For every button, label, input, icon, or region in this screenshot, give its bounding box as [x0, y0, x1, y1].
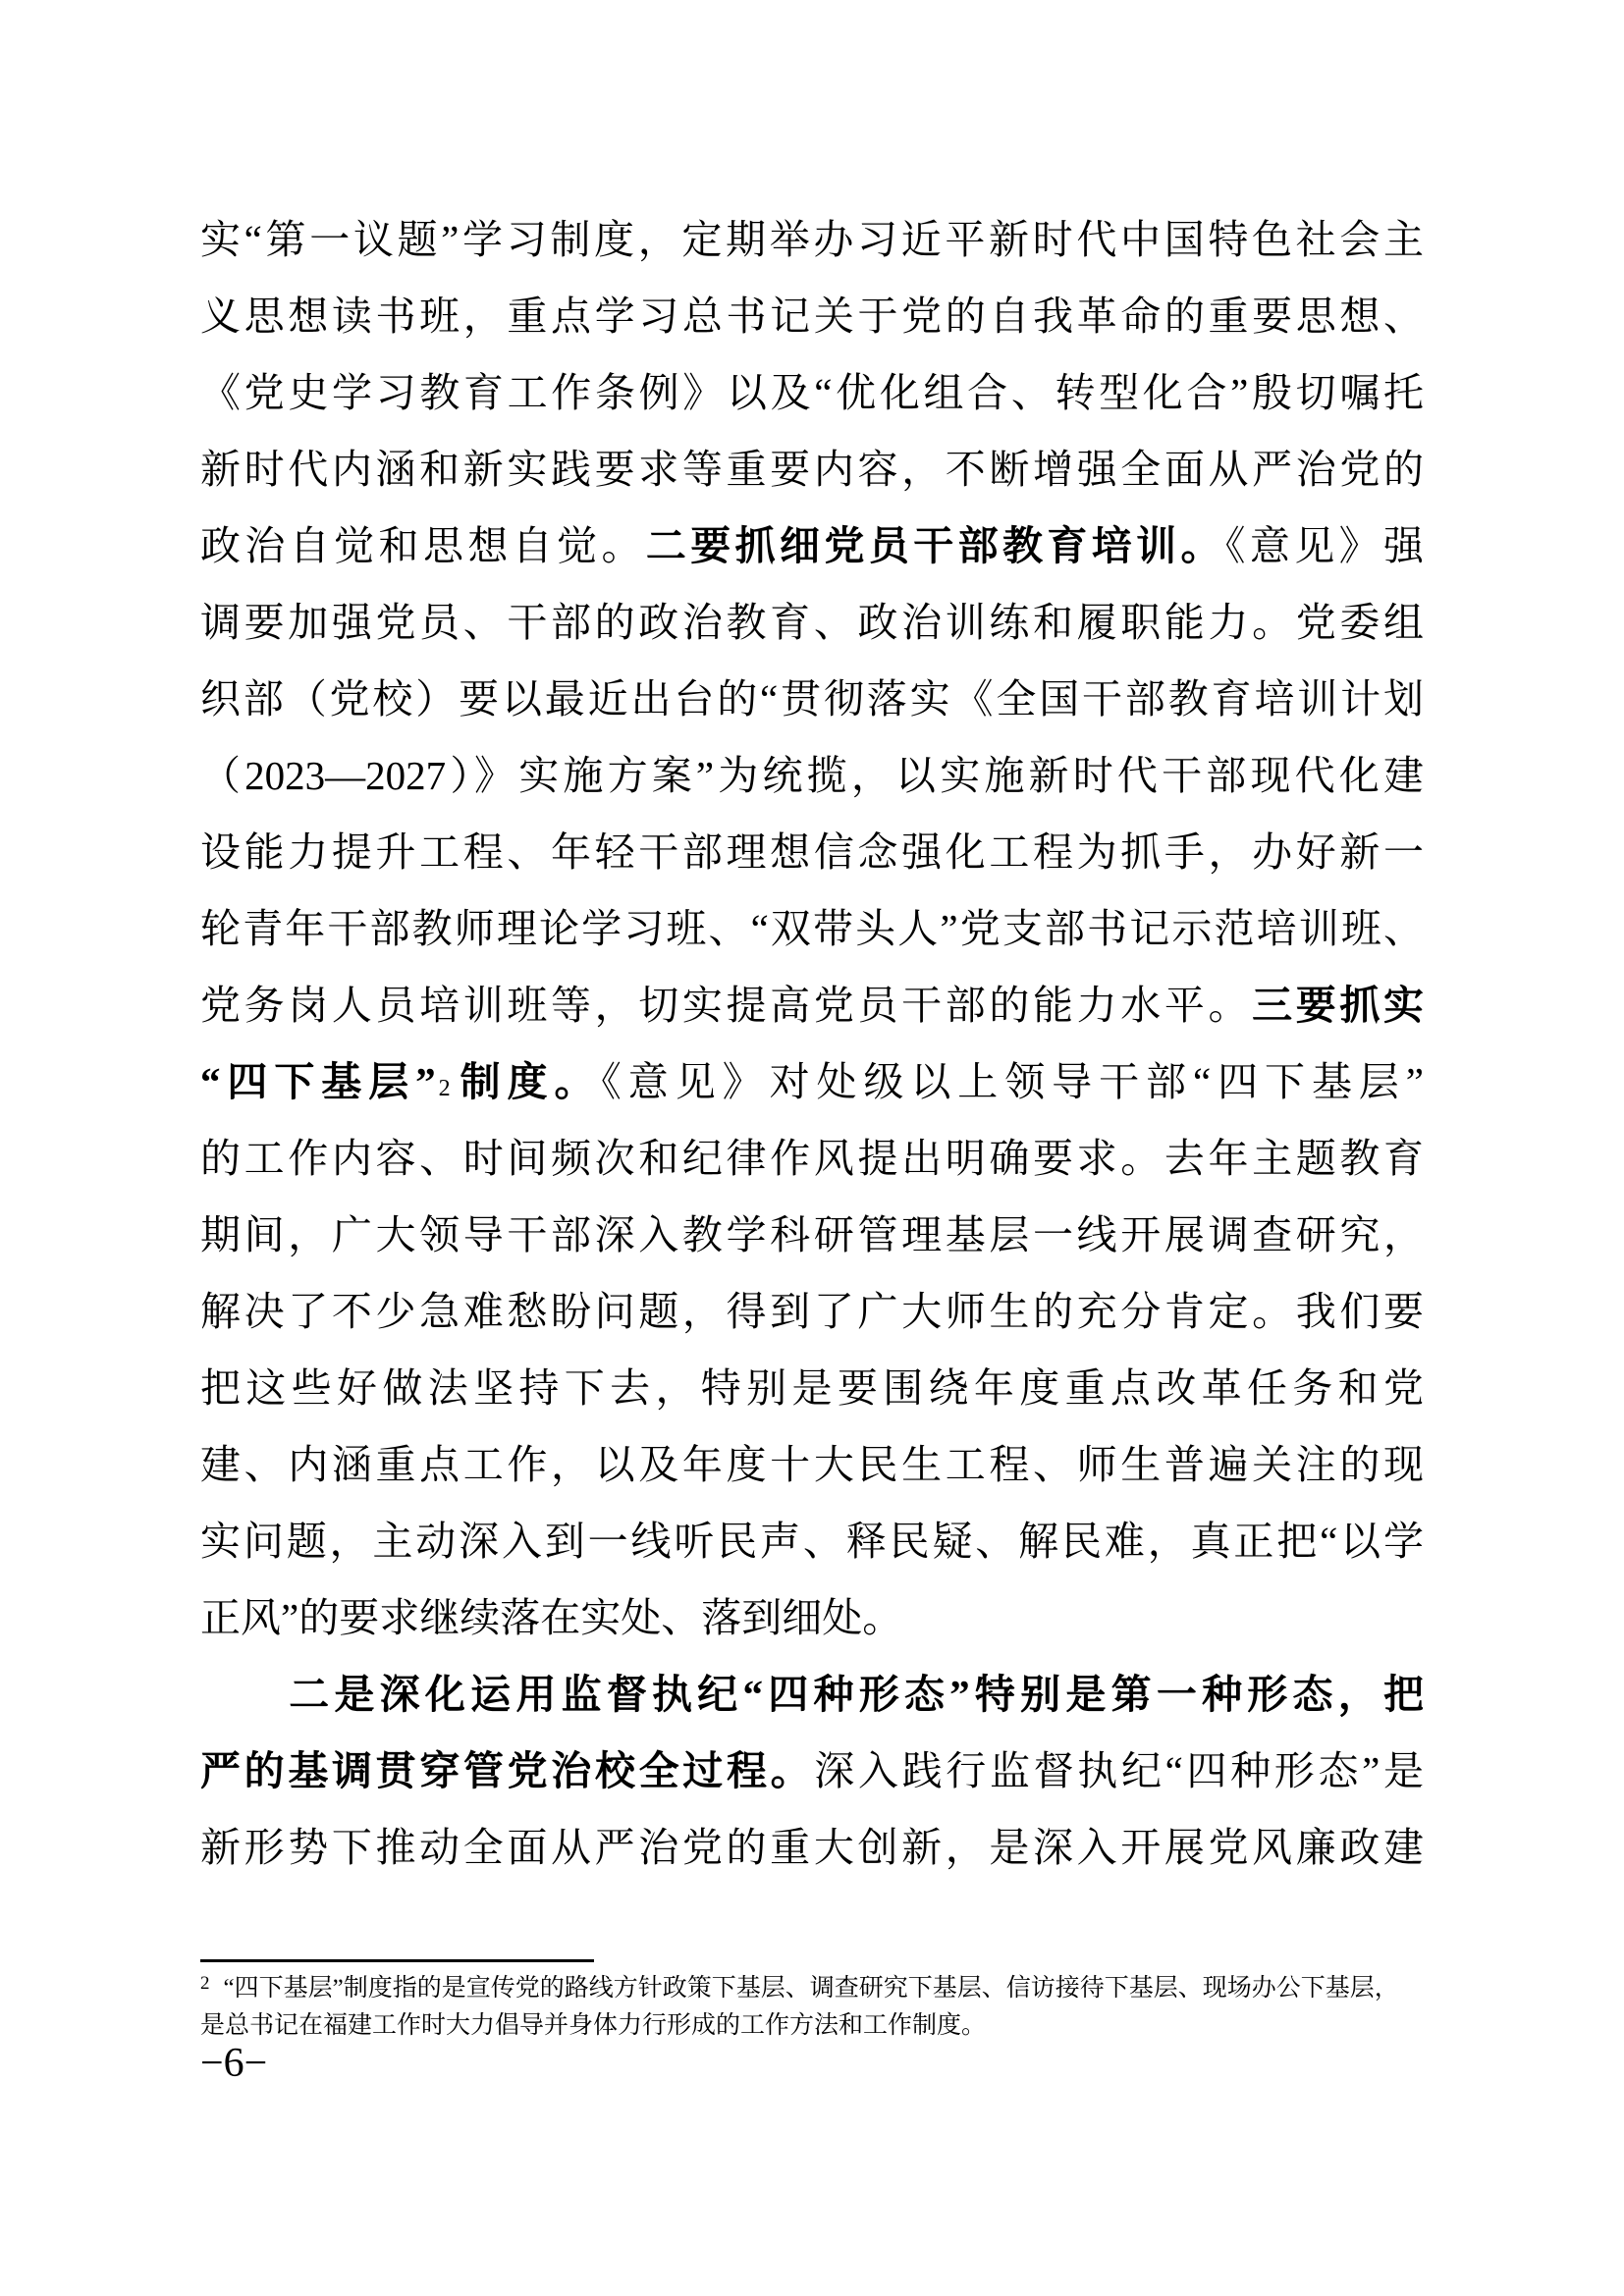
text-run: 正风”的要求继续落在实处、落到细处。 — [200, 1595, 902, 1640]
footnote: 2“四下基层”制度指的是宣传党的路线方针政策下基层、调查研究下基层、信访接待下基… — [200, 1971, 1477, 2044]
text-line: 调要加强党员、干部的政治教育、政治训练和履职能力。党委组 — [200, 584, 1424, 661]
text-run: 实问题，主动深入到一线听民声、释民疑、解民难，真正把“以学 — [200, 1519, 1424, 1564]
text-run: 政治自觉和思想自觉。 — [200, 523, 646, 568]
text-line: 党务岗人员培训班等，切实提高党员干部的能力水平。三要抓实 — [200, 967, 1424, 1043]
bold-text-run: 二要抓细党员干部教育培训。 — [646, 523, 1225, 568]
text-run: 轮青年干部教师理论学习班、“双带头人”党支部书记示范培训班、 — [200, 906, 1424, 951]
text-run: 新时代内涵和新实践要求等重要内容，不断增强全面从严治党的 — [200, 447, 1424, 492]
bold-text-run: 二是深化运用监督执纪“四种形态”特别是第一种形态，把 — [289, 1672, 1424, 1717]
footnote-line: 是总书记在福建工作时大力倡导并身体力行形成的工作方法和工作制度。 — [200, 2008, 1477, 2044]
text-line: 义思想读书班，重点学习总书记关于党的自我革命的重要思想、 — [200, 278, 1424, 354]
text-line: 《党史学习教育工作条例》以及“优化组合、转型化合”殷切嘱托 — [200, 354, 1424, 431]
text-run: （2023—2027）》实施方案”为统揽，以实施新时代干部现代化建 — [200, 753, 1424, 798]
text-line: 解决了不少急难愁盼问题，得到了广大师生的充分肯定。我们要 — [200, 1273, 1424, 1350]
footnote-separator — [200, 1959, 594, 1962]
bold-text-run: 三要抓实 — [1252, 983, 1424, 1028]
text-run: 深入践行监督执纪“四种形态”是 — [814, 1748, 1424, 1793]
text-run: 新形势下推动全面从严治党的重大创新，是深入开展党风廉政建 — [200, 1825, 1424, 1870]
text-run: 党务岗人员培训班等，切实提高党员干部的能力水平。 — [200, 983, 1252, 1028]
text-run: 织部（党校）要以最近出台的“贯彻落实《全国干部教育培训计划 — [200, 676, 1424, 721]
bold-text-run: “四下基层” — [200, 1059, 436, 1104]
text-line: 织部（党校）要以最近出台的“贯彻落实《全国干部教育培训计划 — [200, 661, 1424, 737]
bold-text-run: 严的基调贯穿管党治校全过程。 — [200, 1748, 814, 1793]
text-run: 调要加强党员、干部的政治教育、政治训练和履职能力。党委组 — [200, 600, 1424, 645]
footnote-ref: 2 — [436, 1076, 454, 1101]
page-number: −6− — [200, 2042, 267, 2085]
text-run: 实“第一议题”学习制度，定期举办习近平新时代中国特色社会主 — [200, 217, 1424, 262]
text-line: 把这些好做法坚持下去，特别是要围绕年度重点改革任务和党 — [200, 1350, 1424, 1426]
text-run: 设能力提升工程、年轻干部理想信念强化工程为抓手，办好新一 — [200, 829, 1424, 875]
document-page: 实“第一议题”学习制度，定期举办习近平新时代中国特色社会主义思想读书班，重点学习… — [0, 0, 1624, 2296]
text-run: 义思想读书班，重点学习总书记关于党的自我革命的重要思想、 — [200, 294, 1424, 339]
text-line: 轮青年干部教师理论学习班、“双带头人”党支部书记示范培训班、 — [200, 890, 1424, 967]
text-run: 《党史学习教育工作条例》以及“优化组合、转型化合”殷切嘱托 — [200, 370, 1424, 415]
text-run: 建、内涵重点工作，以及年度十大民生工程、师生普遍关注的现 — [200, 1442, 1424, 1487]
text-run: 把这些好做法坚持下去，特别是要围绕年度重点改革任务和党 — [200, 1365, 1424, 1411]
text-run: 解决了不少急难愁盼问题，得到了广大师生的充分肯定。我们要 — [200, 1289, 1424, 1334]
text-run: 期间，广大领导干部深入教学科研管理基层一线开展调查研究， — [200, 1212, 1424, 1257]
text-line: 严的基调贯穿管党治校全过程。深入践行监督执纪“四种形态”是 — [200, 1733, 1424, 1809]
text-line: 政治自觉和思想自觉。二要抓细党员干部教育培训。《意见》强 — [200, 507, 1424, 584]
text-line: 期间，广大领导干部深入教学科研管理基层一线开展调查研究， — [200, 1197, 1424, 1273]
text-line: 二是深化运用监督执纪“四种形态”特别是第一种形态，把 — [200, 1656, 1424, 1733]
text-line: “四下基层”2制度。《意见》对处级以上领导干部“四下基层” — [200, 1043, 1424, 1120]
text-line: 的工作内容、时间频次和纪律作风提出明确要求。去年主题教育 — [200, 1120, 1424, 1197]
text-run: 《意见》强 — [1225, 523, 1424, 568]
body-text-container: 实“第一议题”学习制度，定期举办习近平新时代中国特色社会主义思想读书班，重点学习… — [200, 201, 1424, 1886]
text-run: “四下基层”制度指的是宣传党的路线方针政策下基层、调查研究下基层、信访接待下基层… — [224, 1975, 1399, 2002]
text-line: 正风”的要求继续落在实处、落到细处。 — [200, 1579, 1424, 1656]
text-line: 实“第一议题”学习制度，定期举办习近平新时代中国特色社会主 — [200, 201, 1424, 278]
text-run: 的工作内容、时间频次和纪律作风提出明确要求。去年主题教育 — [200, 1136, 1424, 1181]
bold-text-run: 制度。 — [454, 1059, 602, 1104]
text-run: 《意见》对处级以上领导干部“四下基层” — [601, 1059, 1424, 1104]
text-line: 新形势下推动全面从严治党的重大创新，是深入开展党风廉政建 — [200, 1809, 1424, 1886]
footnote-marker: 2 — [200, 1973, 210, 1994]
text-line: 新时代内涵和新实践要求等重要内容，不断增强全面从严治党的 — [200, 431, 1424, 507]
text-line: 建、内涵重点工作，以及年度十大民生工程、师生普遍关注的现 — [200, 1426, 1424, 1503]
footnote-line: 2“四下基层”制度指的是宣传党的路线方针政策下基层、调查研究下基层、信访接待下基… — [200, 1971, 1477, 2008]
text-line: 设能力提升工程、年轻干部理想信念强化工程为抓手，办好新一 — [200, 814, 1424, 890]
text-run: 是总书记在福建工作时大力倡导并身体力行形成的工作方法和工作制度。 — [200, 2012, 986, 2039]
text-line: 实问题，主动深入到一线听民声、释民疑、解民难，真正把“以学 — [200, 1503, 1424, 1579]
text-line: （2023—2027）》实施方案”为统揽，以实施新时代干部现代化建 — [200, 737, 1424, 814]
